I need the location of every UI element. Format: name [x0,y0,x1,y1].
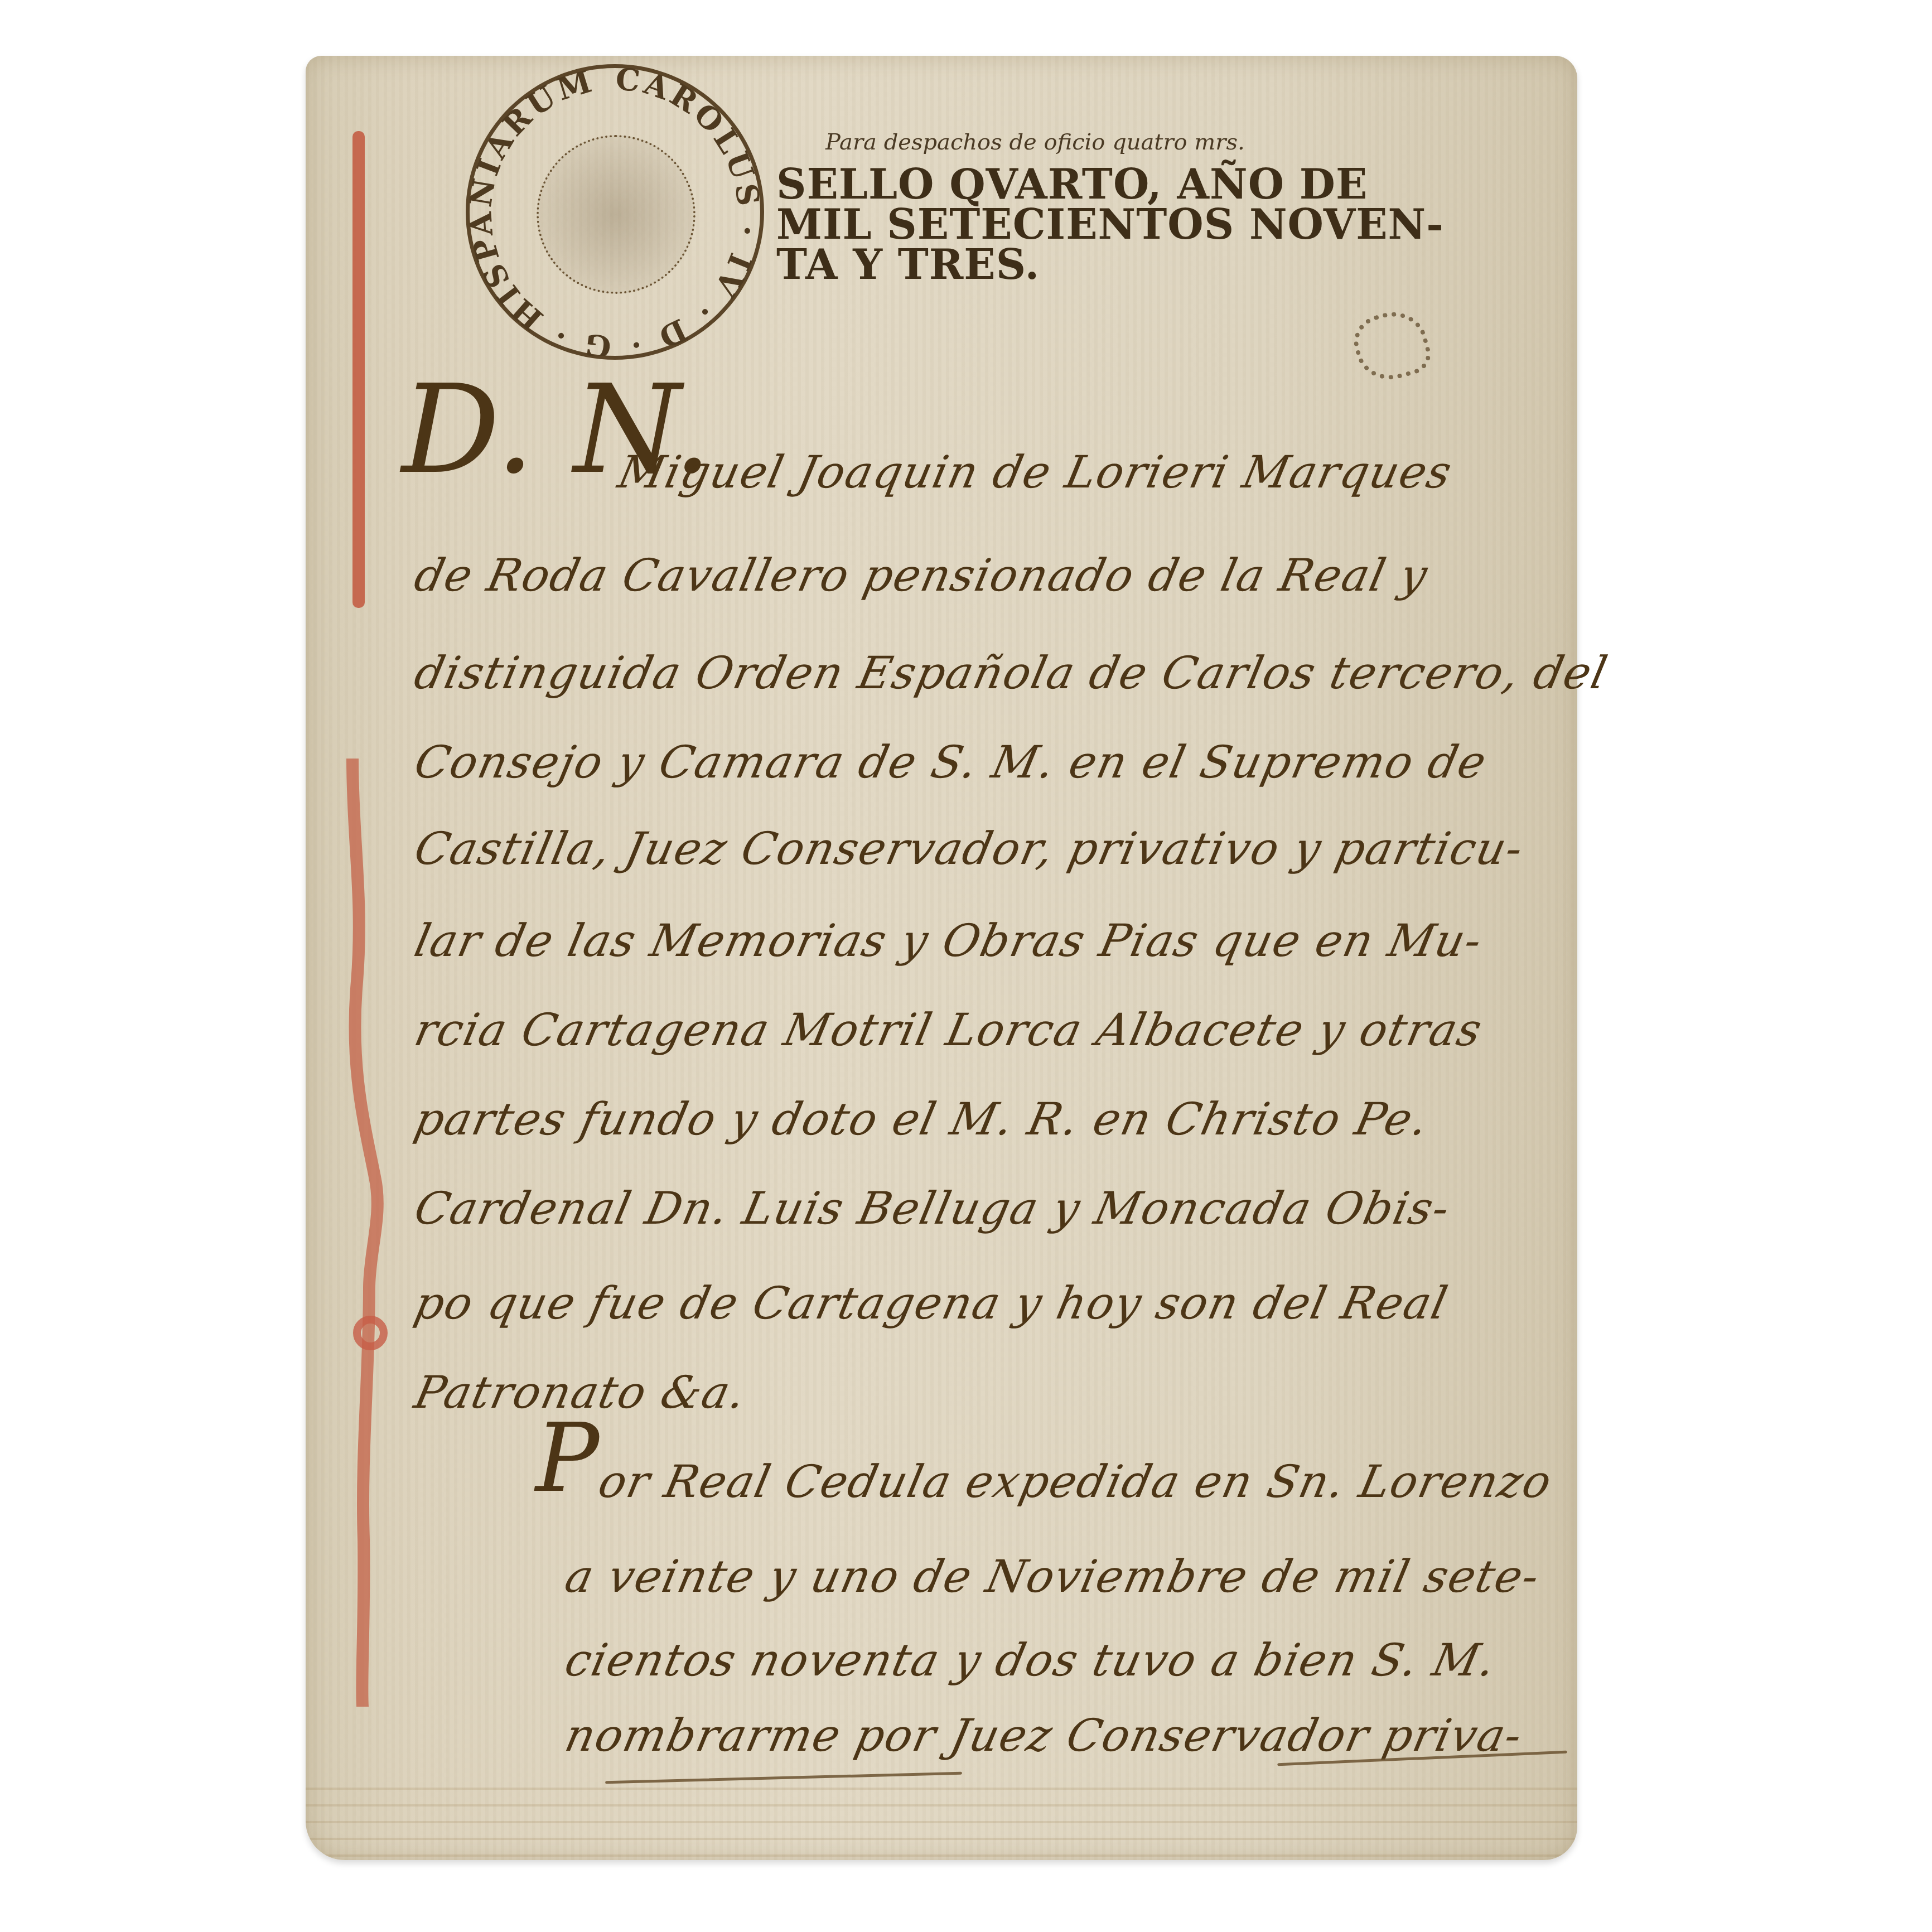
stamp-header: SELLO QVARTO, AÑO DE MIL SETECIENTOS NOV… [776,165,1340,285]
body-line-8: partes fundo y doto el M. R. en Christo … [410,1093,1433,1145]
para2-line-2: a veinte y uno de Noviembre de mil sete- [561,1551,1544,1602]
red-binding-cord-upper [352,131,365,608]
page-worn-edge [306,1788,1577,1860]
body-line-7: rcia Cartagena Motril Lorca Albacete y o… [410,1004,1487,1056]
paragraph-initial: P [535,1411,599,1506]
body-line-6: lar de las Memorias y Obras Pias que en … [410,915,1487,967]
body-line-9: Cardenal Dn. Luis Belluga y Moncada Obis… [410,1182,1455,1234]
body-line-1: Miguel Joaquin de Lorieri Marques [614,446,1457,498]
red-binding-cord-lower [352,759,365,1707]
para2-line-4: nombrarme por Juez Conservador priva- [561,1709,1527,1761]
para2-line-3: cientos noventa y dos tuvo a bien S. M. [561,1634,1501,1686]
body-line-4: Consejo y Camara de S. M. en el Supremo … [410,736,1491,788]
stamp-caption: Para despachos de oficio quatro mrs. [825,129,1245,155]
para2-line-1: or Real Cedula expedida en Sn. Lorenzo [594,1456,1557,1508]
stamp-line-1: SELLO QVARTO, AÑO DE [776,165,1340,205]
stamp-line-2: MIL SETECIENTOS NOVEN- [776,205,1340,245]
body-line-3: distinguida Orden Española de Carlos ter… [410,647,1612,699]
coat-of-arms-icon [537,135,695,294]
body-line-2: de Roda Cavallero pensionado de la Real … [410,549,1433,601]
body-line-10: po que fue de Cartagena y hoy son del Re… [410,1277,1453,1329]
stamp-line-3: TA Y TRES. [776,245,1340,285]
royal-seal-icon: CAROLUS · IV · D · G · HISPANIARUM · REX [466,64,764,360]
body-line-5: Castilla, Juez Conservador, privativo y … [410,823,1528,875]
